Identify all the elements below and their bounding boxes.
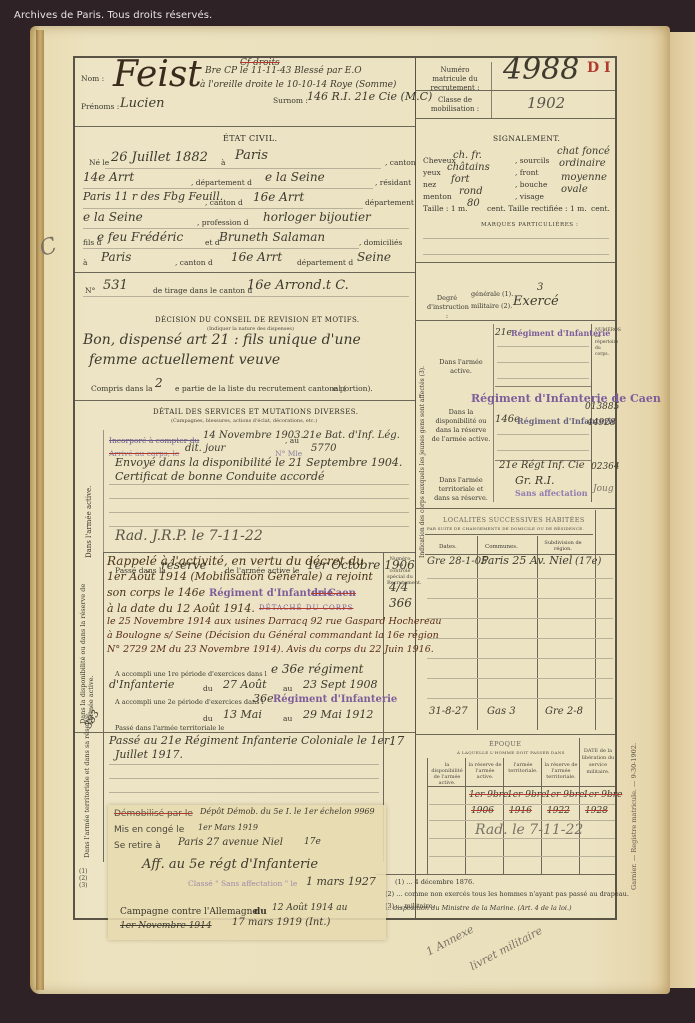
front-label: , front <box>515 168 539 177</box>
terr-line-1-aff: 21e Régt Inf. Cie <box>499 460 585 471</box>
epoque-r2-c5: 1928 <box>585 806 608 816</box>
services-title: DÉTAIL DES SERVICES ET MUTATIONS DIVERSE… <box>153 408 358 416</box>
nom-value: Feist <box>113 54 202 95</box>
slip-campagne-label: Campagne contre l'Allemagne <box>120 907 258 917</box>
period2-num: 36e <box>253 692 274 705</box>
rappel-line-2: 1er Août 1914 (Mobilisation Générale) a … <box>107 570 373 583</box>
compris-value: 2 <box>155 376 163 390</box>
epoque-r1-c4: 1er 9bre <box>545 790 584 800</box>
slip-retire-label: Se retire à <box>114 841 161 851</box>
rappel-line-4: à la date du 12 Août 1914. <box>107 602 255 615</box>
matricule-stamp: D I <box>587 60 611 76</box>
slip-demobilise-label: Démobilisé par le <box>114 809 193 819</box>
rappel-line-1: Rappelé à l'activité, en vertu du décret… <box>107 554 364 568</box>
period2-label: A accompli une 2e période d'exercices da… <box>115 698 264 706</box>
incorpore-regiment: 21e Bat. d'Inf. Lég. <box>303 430 400 441</box>
signalement-title: SIGNALEMENT. <box>493 134 560 143</box>
passe-territoriale: Passé dans l'armée territoriale le <box>115 724 224 732</box>
services-subtitle: (Campagnes, blessures, actions d'éclat, … <box>171 418 317 424</box>
loc-row-1-date: Gre 28-1-05 <box>427 556 487 567</box>
period2-au: au <box>283 714 292 723</box>
taille-end: cent. <box>591 204 610 213</box>
slip-conge-value: 1er Mars 1919 <box>198 823 258 832</box>
matricule-label: Numéro matricule du recrutement : <box>425 66 485 93</box>
residant-label: , résidant <box>375 178 411 187</box>
degre-value: 3 <box>537 282 543 293</box>
slip-classe-stamp: Classé " Sans affectation " le <box>188 879 297 888</box>
epoque-col-3: l'armée territoriale. <box>505 762 541 774</box>
no-mle-value: 5770 <box>311 443 336 454</box>
dept-res-value: e la Seine <box>83 210 143 224</box>
dept-res-label: département <box>365 198 414 207</box>
certificat-line: Certificat de bonne Conduite accordé <box>115 470 325 483</box>
period1-from: 27 Août <box>223 678 267 691</box>
terr-label: Dans l'armée territoriale et dans sa rés… <box>431 476 491 503</box>
marques-label: MARQUES PARTICULIÈRES : <box>481 222 578 228</box>
epoque-col-2: la réserve de l'armée active. <box>467 762 503 780</box>
militaire-label: militaire (2). <box>471 302 512 310</box>
printer-imprint: Garnier. — Registre matricule. — 9-30-19… <box>630 743 638 890</box>
nez-value: fort <box>451 174 470 185</box>
numero-1: 4/4 <box>389 580 408 594</box>
active-num: 21e <box>495 328 512 338</box>
slip-affectation: Aff. au 5e régt d'Infanterie <box>142 857 318 872</box>
side-label-territoriale: Dans l'armée territoriale et dans sa rés… <box>83 712 91 858</box>
incorpore-au-label: , au <box>285 436 299 445</box>
slip-retire-value: Paris 27 avenue Niel <box>178 837 283 848</box>
slip-campagne-du: du <box>254 907 267 917</box>
canton-value: 14e Arrt <box>83 170 134 184</box>
tirage-label: N° <box>85 286 95 295</box>
epoque-r1-c2: 1er 9bre <box>469 790 508 800</box>
terr-numero: 17 <box>389 734 404 748</box>
yeux-value: châtains <box>447 162 490 173</box>
period1-au: au <box>283 684 292 693</box>
slip-classe-date: 1 mars 1927 <box>306 875 376 888</box>
epoque-title: ÉPOQUE <box>489 740 521 748</box>
period1-to: 23 Sept 1908 <box>303 678 378 691</box>
mere-label: et d <box>205 238 220 247</box>
tirage-text: de tirage dans le canton d <box>153 286 252 295</box>
compris-label: Compris dans la <box>91 384 153 393</box>
sourcils-value: chat foncé <box>557 146 610 157</box>
col-communes: Communes. <box>485 544 518 550</box>
matricule-form: Nom : Feist Cf droits Bre CP le 11-11-43… <box>73 56 617 920</box>
numero-2: 366 <box>389 596 412 610</box>
loc-row-1-commune: Paris 25 Av. Niel <box>481 554 572 567</box>
epoque-row-3: Rad. le 7-11-22 <box>475 822 583 838</box>
epoque-r1-c5: 1er 9bre <box>583 790 622 800</box>
a-label: à <box>221 158 225 167</box>
side-label-disponibilite: Dans la disponibilité ou dans la réserve… <box>79 564 95 724</box>
footnote-4: ... disposition du Ministre de la Marine… <box>385 904 572 912</box>
tirage-num: 531 <box>103 278 128 293</box>
epoque-r2-c2: 1906 <box>471 806 494 816</box>
epoque-r2-c3: 1916 <box>509 806 532 816</box>
etat-civil-title: ÉTAT CIVIL. <box>223 134 277 143</box>
epoque-col-1: la disponibilité de l'armée active. <box>429 762 465 786</box>
rad-line: Rad. J.R.P. le 7-11-22 <box>115 528 263 544</box>
nez-label: nez <box>423 180 436 189</box>
degre-label: Degré d'instruction : <box>427 294 467 321</box>
slip-conge-label: Mis en congé le <box>114 825 184 835</box>
slip-campagne-from: 12 Août 1914 au <box>272 903 347 913</box>
lieu-value: Paris <box>235 148 268 163</box>
canton-dom-label: , canton d <box>175 258 213 267</box>
classe-value: 1902 <box>527 94 565 112</box>
dept-dom-value: Seine <box>357 250 391 264</box>
surnom-label: Surnom : <box>273 96 308 105</box>
localites-title: LOCALITÉS SUCCESSIVES HABITÉES <box>443 516 585 524</box>
profession-label: , profession d <box>197 218 249 227</box>
pere-value: e feu Frédéric <box>97 230 183 244</box>
dispo-label: Dans la disponibilité ou dans la réserve… <box>431 408 491 444</box>
binding-spine <box>36 30 44 990</box>
dept-dom-label: département d <box>297 258 353 267</box>
yeux-label: yeux <box>423 168 441 177</box>
sourcils-label: , sourcils <box>515 156 549 165</box>
terr-line-1: Passé au 21e Régiment Infanterie Colonia… <box>109 734 389 747</box>
facing-page-edge <box>666 32 695 988</box>
pasted-demobilisation-slip: Démobilisé par le Dépôt Démob. du 5e I. … <box>108 805 386 940</box>
period1-label: A accompli une 1re période d'exercices d… <box>115 670 267 678</box>
period2-from: 13 Mai <box>223 708 262 721</box>
period2-to: 29 Mai 1912 <box>303 708 373 721</box>
visage-value: ovale <box>561 184 588 195</box>
terr-line-2: Juillet 1917. <box>115 748 183 761</box>
front-value: ordinaire <box>559 158 606 169</box>
period1-line2: d'Infanterie <box>109 678 174 691</box>
ne-le-value: 26 Juillet 1882 <box>111 150 208 165</box>
rappel-line-3: son corps le 146e <box>107 586 205 599</box>
active-stamp: Régiment d'Infanterie <box>511 328 610 338</box>
rappel-line-5: le 25 Novembre 1914 aux usines Darracq 9… <box>107 616 442 627</box>
bouche-value: moyenne <box>561 172 607 183</box>
dispo-num-top: 013885 <box>585 402 619 412</box>
militaire-value: Exercé <box>513 294 559 309</box>
canton-res-label: , canton d <box>205 198 243 207</box>
profession-value: horloger bijoutier <box>263 210 371 224</box>
epoque-subtitle: À LAQUELLE L'HOMME DOIT PASSER DANS <box>457 750 565 755</box>
domicilies-label: , domiciliés <box>359 238 402 247</box>
nom-annotation-1: Bre CP le 11-11-43 Blessé par E.O <box>205 66 362 76</box>
terr-code: Joug <box>593 484 614 494</box>
departement-value: e la Seine <box>265 170 325 184</box>
slip-retire-arr: 17e <box>304 837 321 847</box>
departement-label: , département d <box>191 178 252 187</box>
terr-line-2-aff: Gr. R.I. <box>515 474 554 487</box>
affectation-side-label: Indication des corps auxquels les jeunes… <box>419 366 426 558</box>
slip-demobilise-value: Dépôt Démob. du 5e I. le 1er échelon 996… <box>200 807 375 816</box>
side-label-active: Dans l'armée active. <box>85 486 93 558</box>
canton-res-value: 16e Arrt <box>253 190 304 204</box>
taille-value: 80 <box>467 198 480 209</box>
slip-campagne-struck: 1er Novembre 1914 <box>120 921 212 931</box>
watermark: Archives de Paris. Tous droits réservés. <box>14 10 212 21</box>
bouche-label: , bouche <box>515 180 547 189</box>
mere-value: Bruneth Salaman <box>219 230 325 244</box>
footnote-1: (1) ... 4 décembre 1876. <box>395 878 474 886</box>
a-dom-label: à <box>83 258 87 267</box>
active-label: Dans l'armée active. <box>431 358 491 376</box>
canton-label: , canton <box>385 158 416 167</box>
column-divider <box>415 58 416 918</box>
visage-label: , visage <box>515 192 544 201</box>
footnote-markers: (1)(2)(3) <box>79 868 88 889</box>
tirage-canton: 16e Arrond.t C. <box>247 278 349 293</box>
loc-row-2-commune: Gas 3 <box>487 706 516 717</box>
domicile-value: Paris <box>101 250 131 264</box>
decision-line-2: femme actuellement veuve <box>89 352 280 368</box>
taille-rest: cent. Taille rectifiée : 1 m. <box>487 204 587 213</box>
loc-row-2-date: 31-8-27 <box>429 706 468 717</box>
slip-campagne-to: 17 mars 1919 (Int.) <box>232 917 330 928</box>
compris-end: e portion). <box>333 384 373 393</box>
regiment-stamp-struck: de Caen <box>311 588 356 599</box>
dispo-num: 44928 <box>587 418 616 428</box>
matricule-value: 4988 <box>503 52 579 87</box>
detache-stamp: DÉTACHÉ DU CORPS <box>259 604 353 612</box>
rappel-line-7: N° 2729 2M du 23 Novembre 1914). Avis du… <box>107 644 434 655</box>
period2-du: du <box>203 714 213 723</box>
period1-du: du <box>203 684 213 693</box>
classe-label: Classe de mobilisation : <box>425 96 485 114</box>
col-subdivision: Subdivision de région. <box>543 540 583 552</box>
dispo-stamp-top: Régiment d'Infanterie de Caen <box>471 392 661 405</box>
loc-row-1-subdivision: (17e) <box>575 556 601 567</box>
terr-stamp: Sans affectation <box>515 488 588 498</box>
compris-text: e partie de la liste du recrutement cant… <box>175 384 346 393</box>
nom-label: Nom : <box>81 74 104 83</box>
prenoms-label: Prénoms : <box>81 102 119 111</box>
loc-row-2-subdivision: Gre 2-8 <box>545 706 583 717</box>
period2-stamp: Régiment d'Infanterie <box>273 694 397 705</box>
ne-le-label: Né le <box>89 158 109 167</box>
terr-num: 02364 <box>591 462 620 472</box>
rappel-line-6: à Boulogne s/ Seine (Décision du Général… <box>107 630 439 641</box>
surnom-value: 146 R.I. 21e Cie (M.C) <box>307 90 432 103</box>
epoque-r1-c3: 1er 9bre <box>507 790 546 800</box>
nom-annotation-2: à l'oreille droite le 10-10-14 Roye (Som… <box>200 80 396 90</box>
localites-subtitle: PAR SUITE DE CHANGEMENTS DE DOMICILE OU … <box>427 526 584 531</box>
arrive-value: dit. jour <box>185 443 225 454</box>
generale-label: générale (1). <box>471 290 513 298</box>
col-date: Dates. <box>439 544 457 550</box>
menton-label: menton <box>423 192 452 201</box>
decision-line-1: Bon, dispensé art 21 : fils unique d'une <box>83 332 361 348</box>
cheveux-value: ch. fr. <box>453 150 482 161</box>
envoye-line: Envoyé dans la disponibilité le 21 Septe… <box>115 456 402 469</box>
menton-value: rond <box>459 186 483 197</box>
footnote-2: (2) ... comme non exercés tous les homme… <box>385 890 629 898</box>
taille-label: Taille : 1 m. <box>423 204 467 213</box>
epoque-date-col: DATE de la libération du service militai… <box>581 748 615 776</box>
epoque-col-4: la réserve de l'armée territoriale. <box>543 762 579 780</box>
decision-title: DÉCISION DU CONSEIL DE REVISION ET MOTIF… <box>155 316 360 324</box>
period1-value: e 36e régiment <box>271 662 364 676</box>
epoque-r2-c4: 1922 <box>547 806 570 816</box>
prenoms-value: Lucien <box>120 96 165 111</box>
residence-value: Paris 11 r des Fbg Feuill. <box>83 190 223 203</box>
canton-dom-value: 16e Arrt <box>231 250 282 264</box>
